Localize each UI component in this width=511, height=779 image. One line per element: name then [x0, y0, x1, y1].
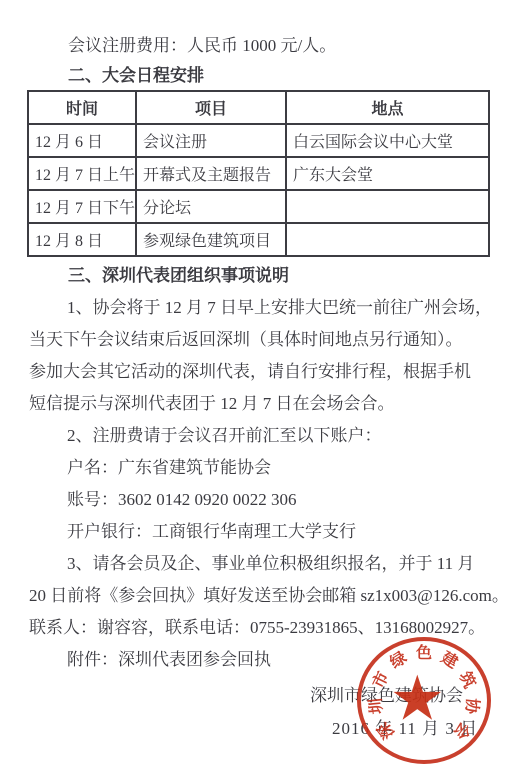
doc-line: 当天下午会议结束后返回深圳（具体时间地点另行通知）。 [29, 324, 489, 356]
table-header-row: 时间 项目 地点 [28, 91, 489, 124]
doc-line: 2、注册费请于会议召开前汇至以下账户： [29, 420, 489, 452]
cell-location [286, 190, 489, 223]
seal-char: 协 [461, 696, 481, 716]
cell-item: 会议注册 [136, 124, 286, 157]
registration-fee-line: 会议注册费用：人民币 1000 元/人。 [68, 31, 336, 56]
email-line: 20 日前将《参会回执》填好发送至协会邮箱 sz1x003@126.com。 [29, 580, 489, 612]
bank-branch-line: 开户银行：工商银行华南理工大学支行 [29, 516, 489, 548]
table-row: 12 月 6 日 会议注册 白云国际会议中心大堂 [28, 124, 489, 157]
cell-location: 白云国际会议中心大堂 [286, 124, 489, 157]
document-page: 会议注册费用：人民币 1000 元/人。 二、大会日程安排 时间 项目 地点 1… [0, 0, 511, 779]
cell-item: 开幕式及主题报告 [136, 157, 286, 190]
table-row: 12 月 7 日下午 分论坛 [28, 190, 489, 223]
cell-item: 分论坛 [136, 190, 286, 223]
doc-line: 3、请各会员及企、事业单位积极组织报名，并于 11 月 [29, 548, 489, 580]
official-seal: ★ 深 圳 市 绿 色 建 筑 协 会 [357, 637, 491, 764]
account-holder-line: 户名：广东省建筑节能协会 [29, 452, 489, 484]
section-heading-agenda: 二、大会日程安排 [68, 61, 204, 86]
cell-location: 广东大会堂 [286, 157, 489, 190]
section-heading-shenzhen-delegation: 三、深圳代表团组织事项说明 [68, 261, 289, 286]
seal-char: 圳 [367, 696, 387, 716]
cell-time: 12 月 7 日上午 [28, 157, 136, 190]
doc-line: 参加大会其它活动的深圳代表，请自行安排行程，根据手机 [29, 356, 489, 388]
cell-time: 12 月 7 日下午 [28, 190, 136, 223]
table-row: 12 月 7 日上午 开幕式及主题报告 广东大会堂 [28, 157, 489, 190]
cell-time: 12 月 8 日 [28, 223, 136, 256]
doc-line: 1、协会将于 12 月 7 日早上安排大巴统一前往广州会场， [29, 292, 489, 324]
header-location: 地点 [286, 91, 489, 124]
schedule-table: 时间 项目 地点 12 月 6 日 会议注册 白云国际会议中心大堂 12 月 7… [27, 90, 490, 257]
cell-time: 12 月 6 日 [28, 124, 136, 157]
account-number-line: 账号：3602 0142 0920 0022 306 [29, 484, 489, 516]
header-time: 时间 [28, 91, 136, 124]
body-text: 1、协会将于 12 月 7 日早上安排大巴统一前往广州会场， 当天下午会议结束后… [29, 292, 489, 676]
doc-line: 短信提示与深圳代表团于 12 月 7 日在会场会合。 [29, 388, 489, 420]
cell-location [286, 223, 489, 256]
star-icon: ★ [390, 667, 446, 729]
seal-char: 色 [415, 645, 433, 663]
header-item: 项目 [136, 91, 286, 124]
cell-item: 参观绿色建筑项目 [136, 223, 286, 256]
table-row: 12 月 8 日 参观绿色建筑项目 [28, 223, 489, 256]
